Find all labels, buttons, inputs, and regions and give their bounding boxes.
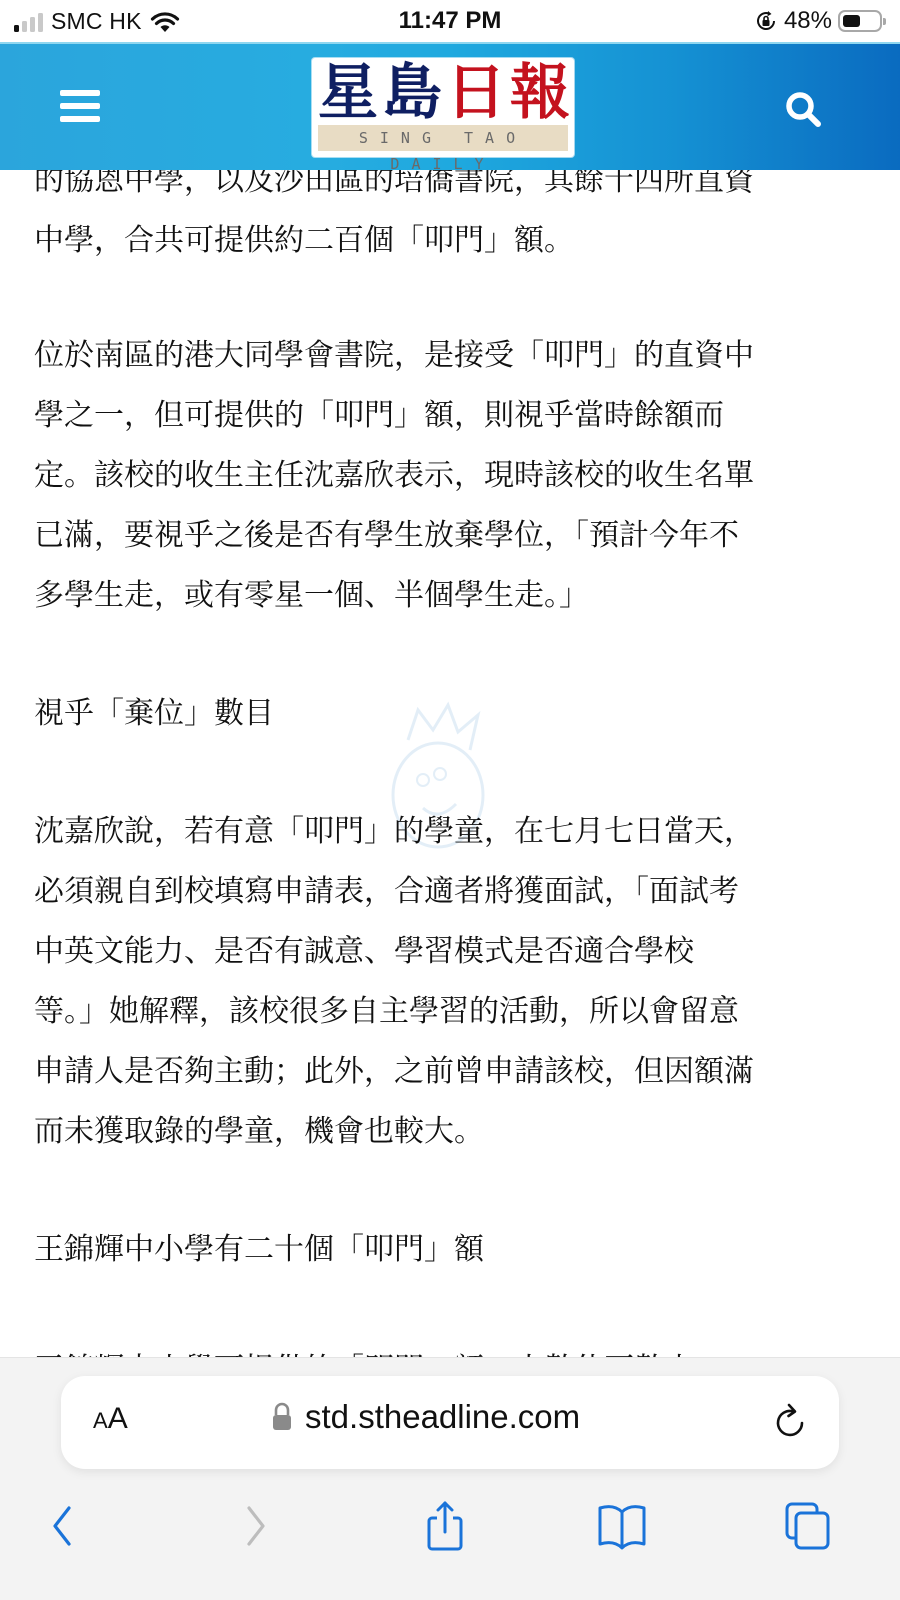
text-line: 學之一，但可提供的「叩門」額，則視乎當時餘額而 <box>34 386 874 446</box>
lock-icon <box>271 1402 293 1432</box>
safari-toolbar <box>0 1478 900 1568</box>
tabs-icon <box>782 1500 834 1552</box>
logo-char: 日 <box>446 62 504 124</box>
logo-char: 報 <box>510 62 568 124</box>
site-header: 星 島 日 報 SING TAO DAILY <box>0 42 900 170</box>
article-subheading: 王錦輝中小學有二十個「叩門」額 <box>34 1220 874 1280</box>
text-line: 多學生走，或有零星一個、半個學生走。」 <box>34 566 874 626</box>
logo-english: SING TAO DAILY <box>318 125 568 151</box>
text-line: 等。」她解釋，該校很多自主學習的活動，所以會留意 <box>34 982 874 1042</box>
text-line: 沈嘉欣說，若有意「叩門」的學童，在七月七日當天， <box>34 802 874 862</box>
back-button[interactable] <box>32 1496 92 1556</box>
subheading-text: 王錦輝中小學有二十個「叩門」額 <box>34 1220 874 1280</box>
book-icon <box>594 1502 650 1550</box>
text-line: 位於南區的港大同學會書院，是接受「叩門」的直資中 <box>34 326 874 386</box>
article-subheading: 視乎「棄位」數目 <box>34 684 874 744</box>
chevron-right-icon <box>241 1504 271 1548</box>
article-paragraph: 沈嘉欣說，若有意「叩門」的學童，在七月七日當天， 必須親自到校填寫申請表，合適者… <box>34 802 874 1162</box>
address-bar[interactable]: AA std.stheadline.com <box>61 1376 839 1469</box>
text-line: 中英文能力、是否有誠意、學習模式是否適合學校 <box>34 922 874 982</box>
text-line: 必須親自到校填寫申請表，合適者將獲面試，「面試考 <box>34 862 874 922</box>
text-line: 而未獲取錄的學童，機會也較大。 <box>34 1102 874 1162</box>
hamburger-menu-icon[interactable] <box>60 90 100 122</box>
battery-icon <box>838 10 882 32</box>
text-line: 已滿，要視乎之後是否有學生放棄學位，「預計今年不 <box>34 506 874 566</box>
logo-char: 星 <box>318 62 376 124</box>
logo-chinese: 星 島 日 報 <box>318 62 568 124</box>
sing-tao-logo[interactable]: 星 島 日 報 SING TAO DAILY <box>312 58 574 157</box>
forward-button[interactable] <box>226 1496 286 1556</box>
tabs-button[interactable] <box>778 1496 838 1556</box>
rotation-lock-icon <box>754 9 778 33</box>
share-button[interactable] <box>415 1496 475 1556</box>
text-line: 定。該校的收生主任沈嘉欣表示，現時該校的收生名單 <box>34 446 874 506</box>
text-size-button[interactable]: AA <box>93 1402 128 1436</box>
logo-char: 島 <box>382 62 440 124</box>
search-icon[interactable] <box>782 88 826 132</box>
subheading-text: 視乎「棄位」數目 <box>34 684 874 744</box>
text-line: 中學，合共可提供約二百個「叩門」額。 <box>34 211 874 271</box>
chevron-left-icon <box>47 1504 77 1548</box>
url-text: std.stheadline.com <box>305 1398 580 1436</box>
article-paragraph: 位於南區的港大同學會書院，是接受「叩門」的直資中 學之一，但可提供的「叩門」額，… <box>34 326 874 626</box>
status-bar: SMC HK 11:47 PM 48% <box>0 0 900 42</box>
aa-small: A <box>93 1408 108 1433</box>
safari-bottom-bar: AA std.stheadline.com <box>0 1357 900 1600</box>
status-right: 48% <box>754 7 882 35</box>
reload-icon[interactable] <box>771 1402 811 1444</box>
bookmarks-button[interactable] <box>592 1496 652 1556</box>
aa-large: A <box>108 1402 128 1435</box>
battery-percent: 48% <box>784 7 832 35</box>
share-icon <box>423 1498 467 1554</box>
text-line: 申請人是否夠主動；此外，之前曾申請該校，但因額滿 <box>34 1042 874 1102</box>
url-display[interactable]: std.stheadline.com <box>271 1398 580 1436</box>
